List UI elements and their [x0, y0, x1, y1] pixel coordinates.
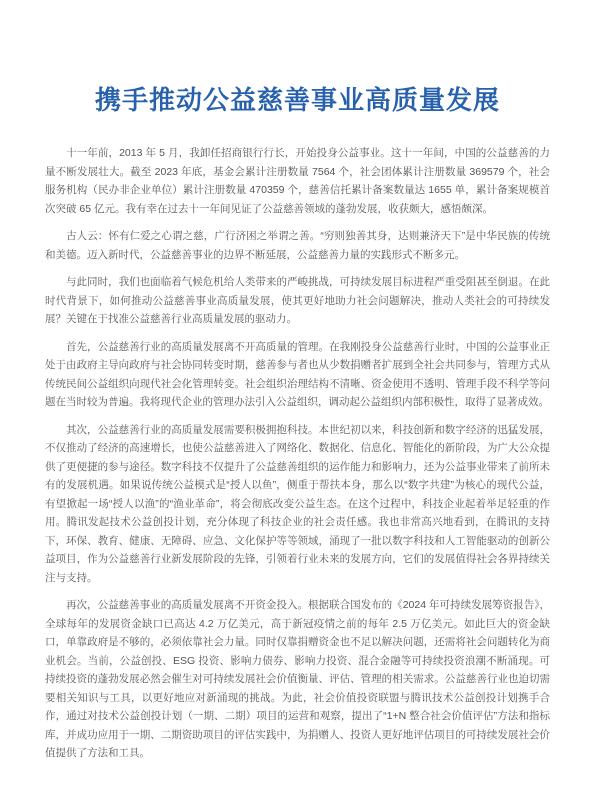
- paragraph-intro: 十一年前，2013 年 5 月，我卸任招商银行行长，开始投身公益事业。这十一年间…: [45, 144, 550, 218]
- paragraph-tradition: 古人云：怀有仁爱之心谓之慈，广行济困之举谓之善。“穷则独善其身，达则兼济天下”是…: [45, 227, 550, 264]
- document-page: 携手推动公益慈善事业高质量发展 十一年前，2013 年 5 月，我卸任招商银行行…: [0, 0, 595, 807]
- article-title: 携手推动公益慈善事业高质量发展: [45, 84, 550, 116]
- paragraph-first-management: 首先，公益慈善行业的高质量发展离不开高质量的管理。在我刚投身公益慈善行业时，中国…: [45, 338, 550, 412]
- paragraph-second-technology: 其次，公益慈善行业的高质量发展需要积极拥抱科技。本世纪初以来，科技创新和数字经济…: [45, 421, 550, 588]
- paragraph-challenge: 与此同时，我们也面临着气候危机给人类带来的严峻挑战，可持续发展目标进程严重受阻甚…: [45, 273, 550, 329]
- paragraph-third-funding: 再次，公益慈善事业的高质量发展离不开资金投入。根据联合国发布的《2024 年可持…: [45, 596, 550, 763]
